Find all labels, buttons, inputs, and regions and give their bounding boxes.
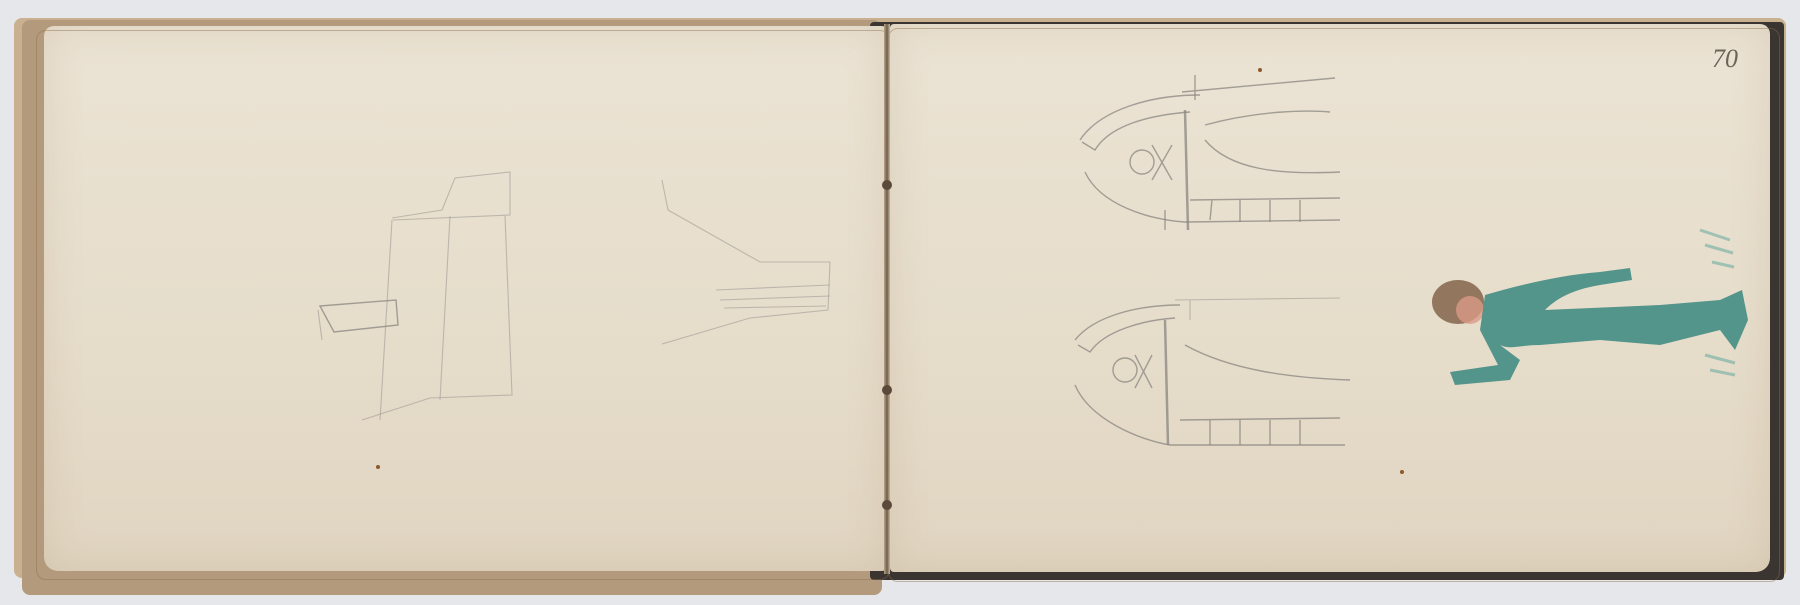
- arched-doorway-sketch-bottom: [1075, 298, 1350, 445]
- left-structure-sketch: [318, 172, 830, 420]
- arched-doorway-sketch-top: [1080, 75, 1340, 230]
- green-watercolor-figure: [1432, 230, 1748, 385]
- paper-stain: [376, 465, 380, 469]
- paper-stain: [1258, 68, 1262, 72]
- paper-stain: [1400, 470, 1404, 474]
- sketch-drawings: [0, 0, 1800, 605]
